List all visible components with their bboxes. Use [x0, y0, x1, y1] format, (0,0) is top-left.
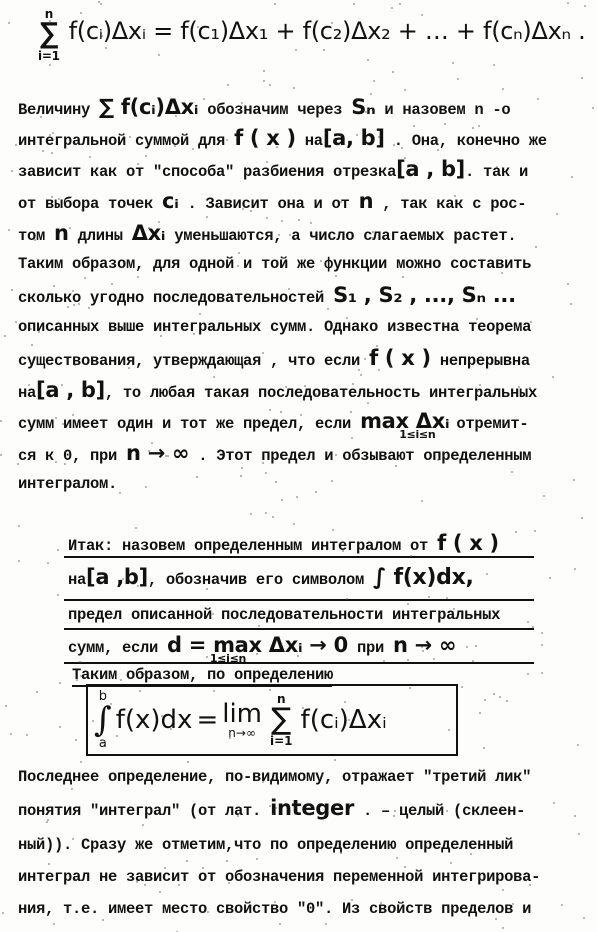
summation-symbol: n ∑ i=1 — [38, 8, 60, 62]
math-inline: cᵢ — [162, 189, 178, 213]
math-inline: ∑ f(cᵢ)Δxᵢ — [99, 95, 198, 119]
math-inline: f ( x ) — [369, 346, 431, 370]
definition-line: предел описанной последовательности инте… — [68, 604, 585, 626]
text-line: том n длины Δxᵢ уменьшаются, а число сла… — [18, 222, 585, 247]
math-inline: Sₙ — [351, 95, 375, 119]
math-inline: n — [359, 189, 374, 213]
integral-symbol-notation: ∫ f(x)dx, — [373, 565, 474, 590]
math-inline: integer — [270, 796, 354, 820]
definition-line: Итак: назовем определенным интегралом от… — [68, 532, 585, 557]
boxed-definite-integral-formula: b ∫ a f(x)dx = lim n→∞ n ∑ i=1 f(cᵢ)Δxᵢ — [86, 684, 458, 756]
text-line: понятия "интеграл" (от лат. integer . – … — [18, 797, 585, 822]
math-inline: n — [54, 221, 69, 245]
text-line: ный)). Сразу же отметим,что по определен… — [18, 834, 585, 856]
formula-expression: f(cᵢ)Δxᵢ = f(c₁)Δx₁ + f(c₂)Δx₂ + … + f(c… — [69, 17, 586, 45]
underline-rule — [64, 556, 534, 558]
math-inline: n → ∞ — [126, 441, 189, 465]
math-inline: f ( x ) — [234, 126, 296, 150]
formula-content: b ∫ a f(x)dx = lim n→∞ n ∑ i=1 f(cᵢ)Δxᵢ — [94, 684, 387, 756]
math-inline: Δxᵢ — [132, 221, 166, 245]
text-line: описанных выше интегральных сумм. Однако… — [18, 316, 585, 338]
text-line: на[a , b], то любая такая последовательн… — [18, 379, 585, 404]
text-line: Последнее определение, по-видимому, отра… — [18, 766, 585, 788]
text-line: от выбора точек cᵢ . Зависит она и от n … — [18, 190, 585, 215]
text-line: ния, т.е. имеет место свойство "0". Из с… — [18, 898, 585, 920]
summation-symbol: n ∑ i=1 — [270, 693, 293, 747]
definition-line: на[a ,b], обозначив его символом ∫ f(x)d… — [68, 566, 585, 591]
math-inline: [a , b] — [36, 378, 105, 402]
text-line: интегралом. — [18, 473, 585, 495]
definition-line: Таким образом, по определению — [72, 664, 585, 686]
text-line: Таким образом, для одной и той же функци… — [18, 253, 585, 275]
text-line: существования, утверждающая , что если f… — [18, 347, 585, 372]
text-line: зависит как от "способа" разбиения отрез… — [18, 158, 585, 183]
math-inline: [a , b] — [396, 157, 465, 181]
text-line: Величину ∑ f(cᵢ)Δxᵢ обозначим через Sₙ и… — [18, 96, 585, 121]
text-line: интеграл не зависит от обозначения перем… — [18, 866, 585, 888]
text-line: интегральной суммой для f ( x ) на[a, b]… — [18, 127, 585, 152]
underline-rule — [64, 628, 534, 630]
text-line: ся к 0, при n → ∞ . Этот предел и обзыва… — [18, 442, 585, 467]
math-inline: n → ∞ — [393, 633, 456, 657]
math-inline: f ( x ) — [437, 531, 499, 555]
limit-operator: lim n→∞ — [222, 701, 262, 739]
scanned-document-page: n ∑ i=1 f(cᵢ)Δxᵢ = f(c₁)Δx₁ + f(c₂)Δx₂ +… — [0, 0, 597, 932]
math-inline: S₁ , S₂ , ..., Sₙ ... — [333, 283, 516, 307]
math-inline: [a, b] — [323, 126, 385, 150]
definition-line: сумм, если d = max Δxᵢ → 01≤i≤n при n → … — [68, 634, 585, 660]
text-line: сколько угодно последовательностей S₁ , … — [18, 284, 585, 309]
formula-riemann-sum-expansion: n ∑ i=1 f(cᵢ)Δxᵢ = f(c₁)Δx₁ + f(c₂)Δx₂ +… — [38, 8, 585, 62]
underline-rule — [64, 599, 534, 601]
